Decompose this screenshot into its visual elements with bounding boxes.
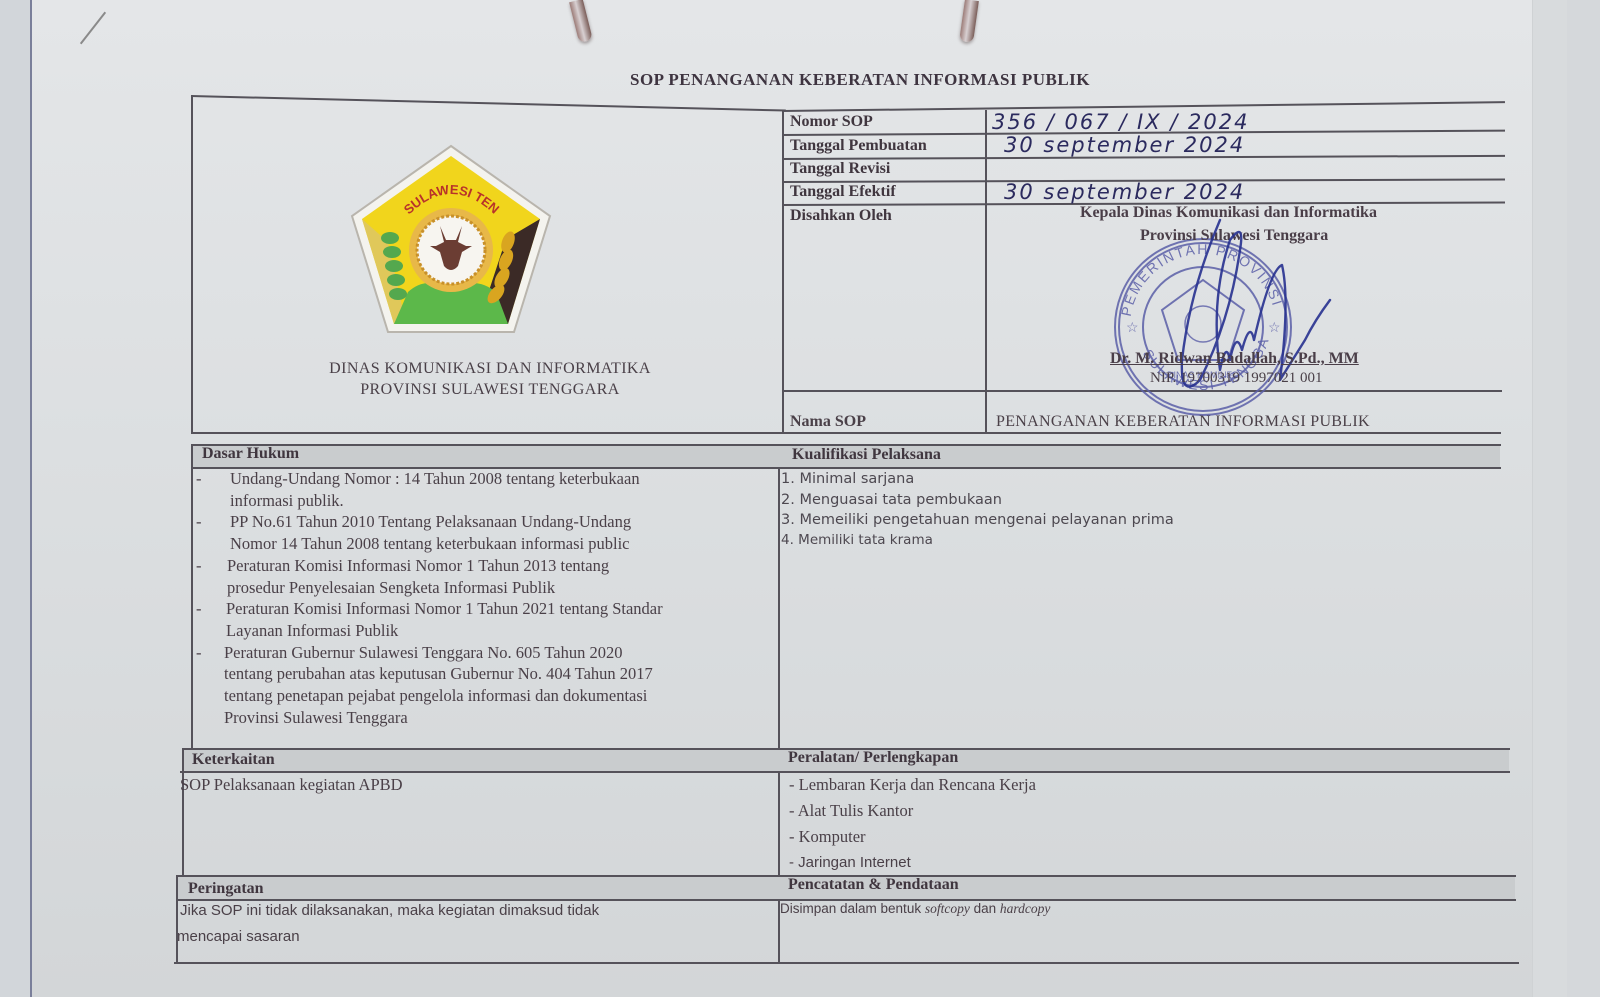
field-label-nomor-sop: Nomor SOP: [790, 113, 873, 131]
list-item: -PP No.61 Tahun 2010 Tentang Pelaksanaan…: [196, 511, 776, 554]
section-heading-pencatatan: Pencatatan & Pendataan: [788, 876, 959, 894]
peringatan-line1: Jika SOP ini tidak dilaksanakan, maka ke…: [180, 902, 599, 919]
list-item: -Undang-Undang Nomor : 14 Tahun 2008 ten…: [196, 468, 776, 511]
list-item: -Peraturan Gubernur Sulawesi Tenggara No…: [196, 642, 776, 729]
approver-name: Dr. M. Ridwan Badallah, S.Pd., MM: [1110, 350, 1359, 368]
list-item: -Peraturan Komisi Informasi Nomor 1 Tahu…: [196, 598, 776, 641]
paper-right-edge: [1532, 0, 1567, 997]
list-item: -Peraturan Komisi Informasi Nomor 1 Tahu…: [196, 555, 776, 598]
field-label-nama-sop: Nama SOP: [790, 413, 866, 431]
field-label-disahkan-oleh: Disahkan Oleh: [790, 207, 892, 225]
field-label-tanggal-pembuatan: Tanggal Pembuatan: [790, 137, 927, 155]
field-value-nomor-sop: 356 / 067 / IX / 2024: [992, 110, 1249, 134]
org-name-line1: DINAS KOMUNIKASI DAN INFORMATIKA: [195, 360, 785, 378]
section-heading-keterkaitan: Keterkaitan: [192, 751, 275, 769]
list-item: - Komputer: [789, 824, 1036, 850]
field-value-tanggal-efektif: 30 september 2024: [1004, 180, 1245, 204]
pencatatan-value: Disimpan dalam bentuk softcopy dan hardc…: [780, 901, 1050, 917]
field-label-tanggal-revisi: Tanggal Revisi: [790, 160, 890, 178]
approver-nip: NIP. 19700319 1997021 001: [1150, 370, 1323, 387]
list-item: 4. Memiliki tata krama: [781, 531, 1174, 549]
field-label-tanggal-efektif: Tanggal Efektif: [790, 183, 896, 201]
field-value-nama-sop: PENANGANAN KEBERATAN INFORMASI PUBLIK: [996, 413, 1370, 431]
section-heading-peralatan: Peralatan/ Perlengkapan: [788, 749, 958, 767]
list-item: 3. Memeiliki pengetahuan mengenai pelaya…: [781, 510, 1174, 531]
org-name-line2: PROVINSI SULAWESI TENGGARA: [195, 381, 785, 399]
province-logo: SULAWESI TENGGARA: [348, 142, 554, 336]
list-item: - Lembaran Kerja dan Rencana Kerja: [789, 772, 1036, 798]
keterkaitan-value: SOP Pelaksanaan kegiatan APBD: [180, 775, 403, 795]
signature: [1130, 210, 1360, 430]
section-heading-kualifikasi: Kualifikasi Pelaksana: [792, 446, 941, 464]
peringatan-line2: mencapai sasaran: [177, 928, 300, 945]
backdrop-left-edge: [0, 0, 32, 997]
list-item: - Alat Tulis Kantor: [789, 798, 1036, 824]
list-item: 2. Menguasai tata pembukaan: [781, 490, 1174, 511]
kualifikasi-list: 1. Minimal sarjana 2. Menguasai tata pem…: [781, 469, 1174, 549]
peralatan-list: - Lembaran Kerja dan Rencana Kerja - Ala…: [789, 772, 1036, 876]
field-value-tanggal-pembuatan: 30 september 2024: [1004, 133, 1245, 157]
list-item: - Jaringan Internet: [789, 850, 1036, 876]
list-item: 1. Minimal sarjana: [781, 469, 1174, 490]
document-title: SOP PENANGANAN KEBERATAN INFORMASI PUBLI…: [600, 70, 1120, 90]
dasar-hukum-list: -Undang-Undang Nomor : 14 Tahun 2008 ten…: [196, 468, 776, 728]
section-heading-dasar-hukum: Dasar Hukum: [202, 445, 299, 463]
section-heading-peringatan: Peringatan: [188, 880, 264, 898]
